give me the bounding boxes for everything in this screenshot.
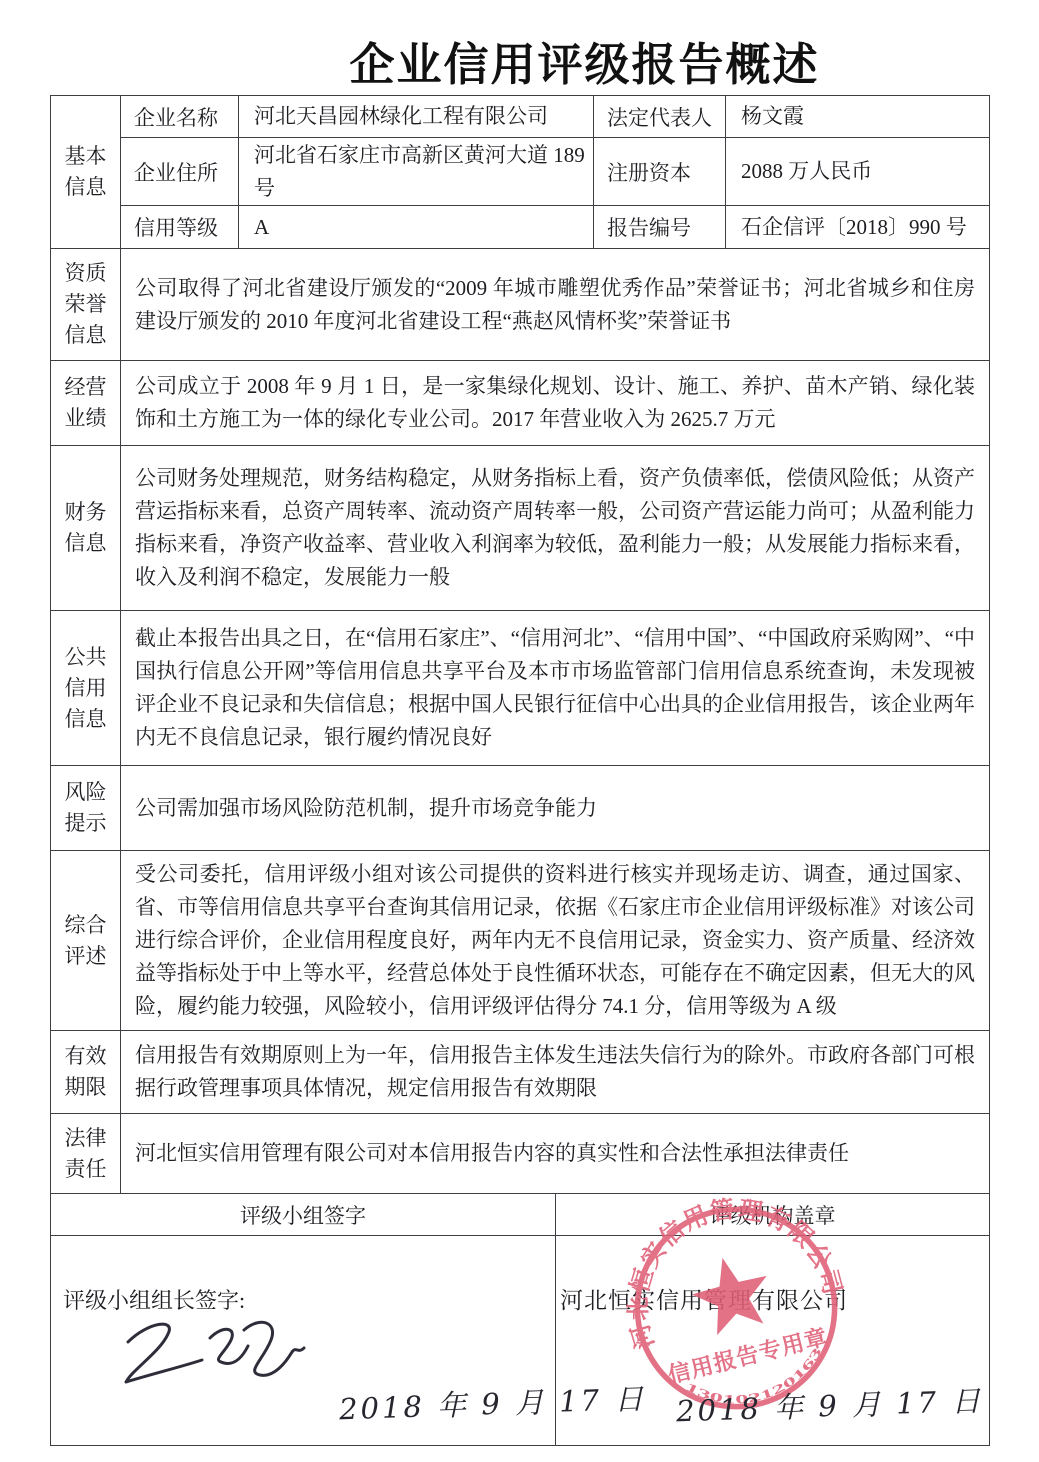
field-value-report-number: 石企信评〔2018〕990 号 (726, 206, 990, 249)
section-legal-text: 河北恒实信用管理有限公司对本信用报告内容的真实性和合法性承担法律责任 (121, 1131, 863, 1176)
basic-info-section-label: 基本信息 (51, 96, 121, 249)
field-value-credit-grade: A (239, 206, 594, 249)
section-finance-text: 公司财务处理规范，财务结构稳定，从财务指标上看，资产负债率低，偿债风险低；从资产… (121, 456, 989, 600)
page-title: 企业信用评级报告概述 (65, 28, 1039, 93)
field-value-legal-rep: 杨文霞 (726, 96, 990, 138)
section-public-credit: 公共信用信息 截止本报告出具之日，在“信用石家庄”、“信用河北”、“信用中国”、… (51, 611, 990, 766)
field-label-report-number: 报告编号 (594, 206, 726, 249)
section-risk-label: 风险提示 (51, 766, 121, 851)
section-honors: 资质荣誉信息 公司取得了河北省建设厅颁发的“2009 年城市雕塑优秀作品”荣誉证… (51, 249, 990, 361)
field-label-credit-grade: 信用等级 (121, 206, 239, 249)
section-finance: 财务信息 公司财务处理规范，财务结构稳定，从财务指标上看，资产负债率低，偿债风险… (51, 446, 990, 611)
field-value-address: 河北省石家庄市高新区黄河大道 189 号 (239, 138, 594, 206)
report-table: 基本信息 企业名称 河北天昌园林绿化工程有限公司 法定代表人 杨文霞 企业住所 … (50, 95, 990, 1446)
section-performance-label: 经营业绩 (51, 361, 121, 446)
section-legal-label: 法律责任 (51, 1114, 121, 1194)
section-public-credit-label: 公共信用信息 (51, 611, 121, 766)
basic-info-block: 基本信息 企业名称 河北天昌园林绿化工程有限公司 法定代表人 杨文霞 企业住所 … (51, 96, 990, 249)
section-summary: 综合评述 受公司委托，信用评级小组对该公司提供的资料进行核实并现场走访、调查，通… (51, 851, 990, 1031)
handwritten-signature (106, 1308, 336, 1398)
section-risk-text: 公司需加强市场风险防范机制，提升市场竞争能力 (121, 786, 611, 831)
field-label-legal-rep: 法定代表人 (594, 96, 726, 138)
section-honors-label: 资质荣誉信息 (51, 249, 121, 361)
seal-cell: 河北恒实信用管理有限公司 河北恒实信用管理有限公司 信用报告专用章 (556, 1236, 990, 1446)
section-performance-text: 公司成立于 2008 年 9 月 1 日，是一家集绿化规划、设计、施工、养护、苗… (121, 364, 989, 442)
section-validity-label: 有效期限 (51, 1031, 121, 1114)
section-public-credit-text: 截止本报告出具之日，在“信用石家庄”、“信用河北”、“信用中国”、“中国政府采购… (121, 616, 989, 760)
section-risk: 风险提示 公司需加强市场风险防范机制，提升市场竞争能力 (51, 766, 990, 851)
section-summary-text: 受公司委托，信用评级小组对该公司提供的资料进行核实并现场走访、调查，通过国家、省… (121, 852, 989, 1029)
section-validity: 有效期限 信用报告有效期原则上为一年，信用报告主体发生违法失信行为的除外。市政府… (51, 1031, 990, 1114)
section-finance-label: 财务信息 (51, 446, 121, 611)
field-value-company-name: 河北天昌园林绿化工程有限公司 (239, 96, 594, 138)
section-summary-label: 综合评述 (51, 851, 121, 1031)
field-label-company-name: 企业名称 (121, 96, 239, 138)
section-legal: 法律责任 河北恒实信用管理有限公司对本信用报告内容的真实性和合法性承担法律责任 (51, 1114, 990, 1194)
field-label-address: 企业住所 (121, 138, 239, 206)
credit-report-document: 企业信用评级报告概述 基本信息 企业名称 河北天昌园林绿化工程有限公司 法定代表… (0, 0, 1039, 1462)
signoff-body-row: 评级小组组长签字: 2018 年 9 月 17 日 河北恒实信用管理有限公司 (51, 1236, 990, 1446)
stamp-star-icon (685, 1249, 778, 1339)
section-honors-text: 公司取得了河北省建设厅颁发的“2009 年城市雕塑优秀作品”荣誉证书；河北省城乡… (121, 266, 989, 344)
field-value-registered-capital: 2088 万人民币 (726, 138, 990, 206)
rating-team-signature-header: 评级小组签字 (51, 1194, 556, 1236)
section-performance: 经营业绩 公司成立于 2008 年 9 月 1 日，是一家集绿化规划、设计、施工… (51, 361, 990, 446)
signature-cell: 评级小组组长签字: 2018 年 9 月 17 日 (51, 1236, 556, 1446)
field-label-registered-capital: 注册资本 (594, 138, 726, 206)
section-validity-text: 信用报告有效期原则上为一年，信用报告主体发生违法失信行为的除外。市政府各部门可根… (121, 1033, 989, 1111)
